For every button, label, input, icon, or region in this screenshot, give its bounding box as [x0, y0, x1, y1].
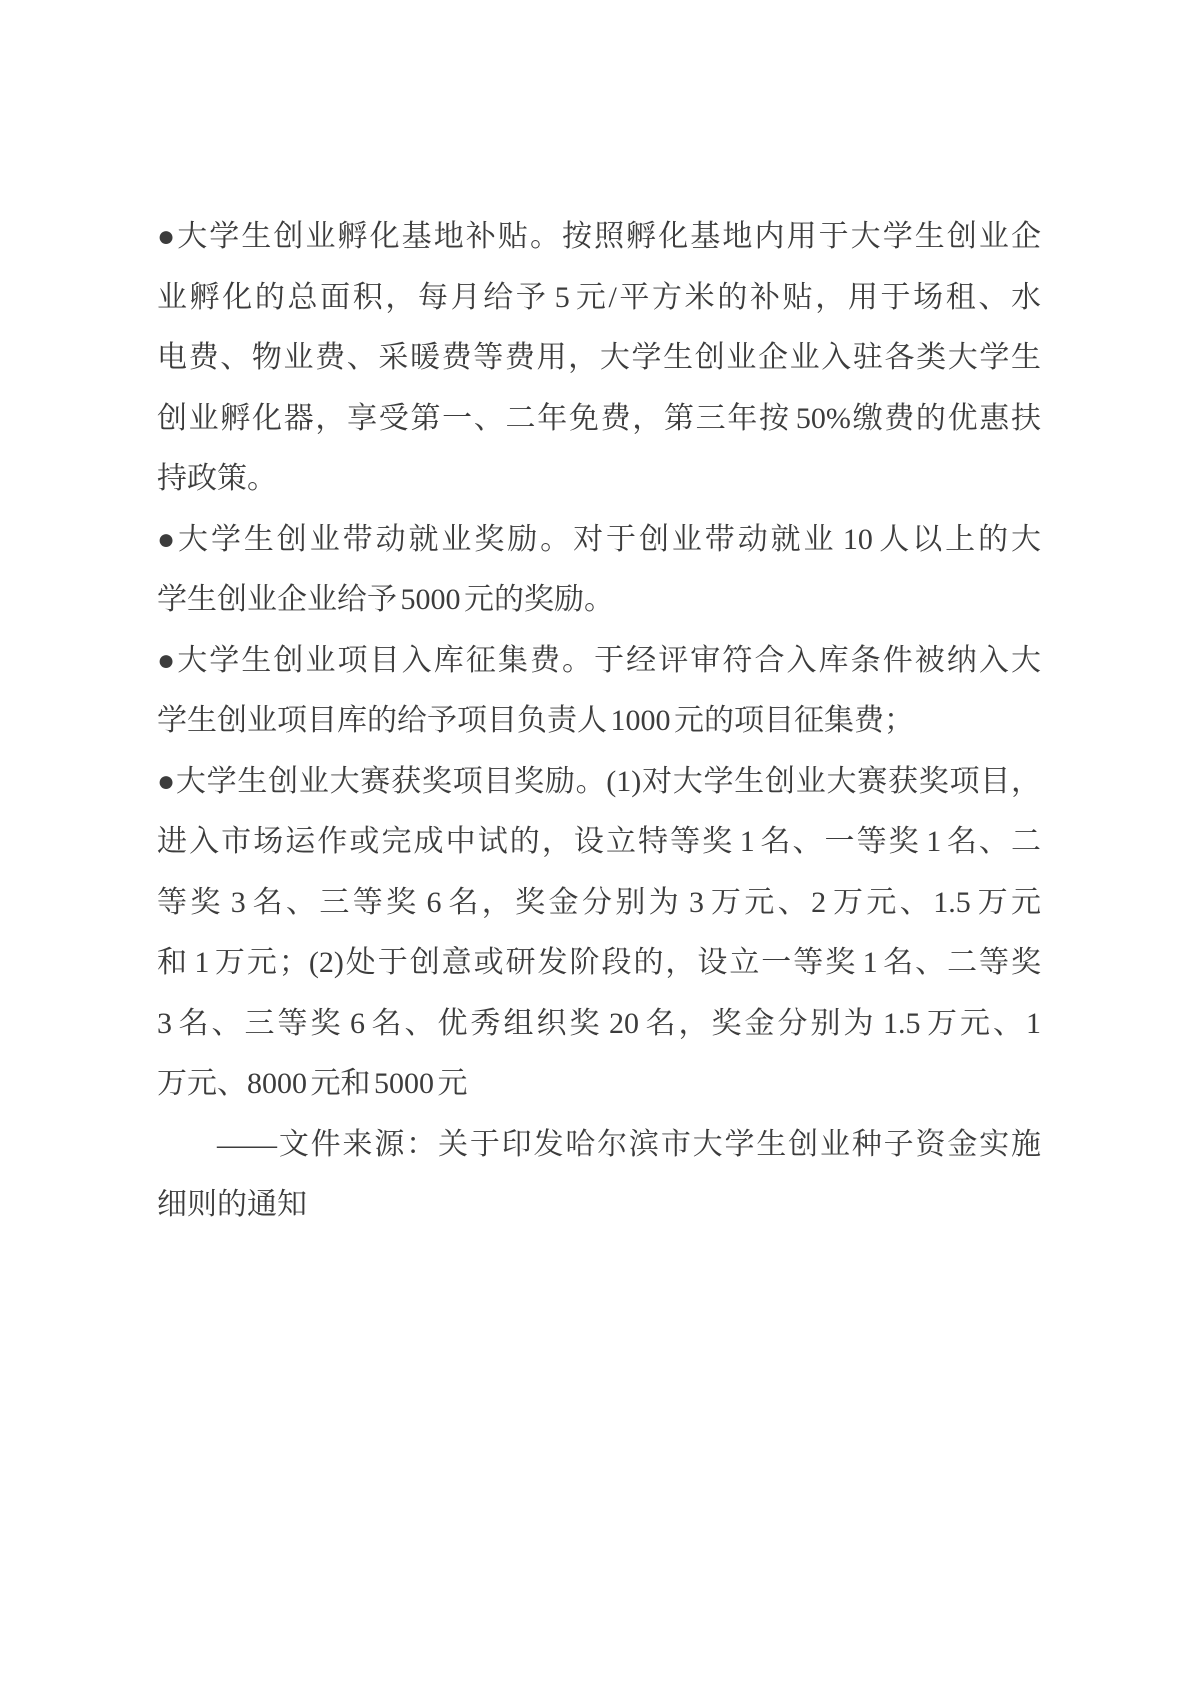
text-line: 业孵化的总面积，每月给予 5 元/平方米的补贴，用于场租、水	[157, 268, 1041, 329]
paragraph-competition-award: ●大学生创业大赛获奖项目奖励。(1)对大学生创业大赛获奖项目，进入市场运作或完成…	[157, 752, 1041, 1115]
text-line: ●大学生创业项目入库征集费。于经评审符合入库条件被纳入大	[157, 631, 1041, 692]
document-text: ●大学生创业孵化基地补贴。按照孵化基地内用于大学生创业企业孵化的总面积，每月给予…	[157, 207, 1041, 1236]
text-line: 3 名、三等奖 6 名、优秀组织奖 20 名，奖金分别为 1.5 万元、1	[157, 994, 1041, 1055]
text-line: 进入市场运作或完成中试的，设立特等奖 1 名、一等奖 1 名、二	[157, 812, 1041, 873]
document-page: ●大学生创业孵化基地补贴。按照孵化基地内用于大学生创业企业孵化的总面积，每月给予…	[0, 0, 1190, 1683]
paragraph-incubation-base-subsidy: ●大学生创业孵化基地补贴。按照孵化基地内用于大学生创业企业孵化的总面积，每月给予…	[157, 207, 1041, 510]
text-line: 创业孵化器，享受第一、二年免费，第三年按 50%缴费的优惠扶	[157, 389, 1041, 450]
text-line: 和 1 万元；(2)处于创意或研发阶段的，设立一等奖 1 名、二等奖	[157, 933, 1041, 994]
text-line: 细则的通知	[157, 1175, 1041, 1236]
text-line: ——文件来源：关于印发哈尔滨市大学生创业种子资金实施	[157, 1115, 1041, 1176]
text-line: 万元、8000 元和 5000 元	[157, 1054, 1041, 1115]
text-line: ●大学生创业大赛获奖项目奖励。(1)对大学生创业大赛获奖项目，	[157, 752, 1041, 813]
paragraph-employment-driving-reward: ●大学生创业带动就业奖励。对于创业带动就业 10 人以上的大学生创业企业给予 5…	[157, 510, 1041, 631]
paragraph-project-collection-fee: ●大学生创业项目入库征集费。于经评审符合入库条件被纳入大学生创业项目库的给予项目…	[157, 631, 1041, 752]
paragraph-source-note: ——文件来源：关于印发哈尔滨市大学生创业种子资金实施细则的通知	[157, 1115, 1041, 1236]
text-line: 等奖 3 名、三等奖 6 名，奖金分别为 3 万元、2 万元、1.5 万元	[157, 873, 1041, 934]
text-line: ●大学生创业带动就业奖励。对于创业带动就业 10 人以上的大	[157, 510, 1041, 571]
text-line: ●大学生创业孵化基地补贴。按照孵化基地内用于大学生创业企	[157, 207, 1041, 268]
text-line: 持政策。	[157, 449, 1041, 510]
text-line: 学生创业项目库的给予项目负责人 1000 元的项目征集费；	[157, 691, 1041, 752]
text-line: 学生创业企业给予 5000 元的奖励。	[157, 570, 1041, 631]
text-line: 电费、物业费、采暖费等费用，大学生创业企业入驻各类大学生	[157, 328, 1041, 389]
